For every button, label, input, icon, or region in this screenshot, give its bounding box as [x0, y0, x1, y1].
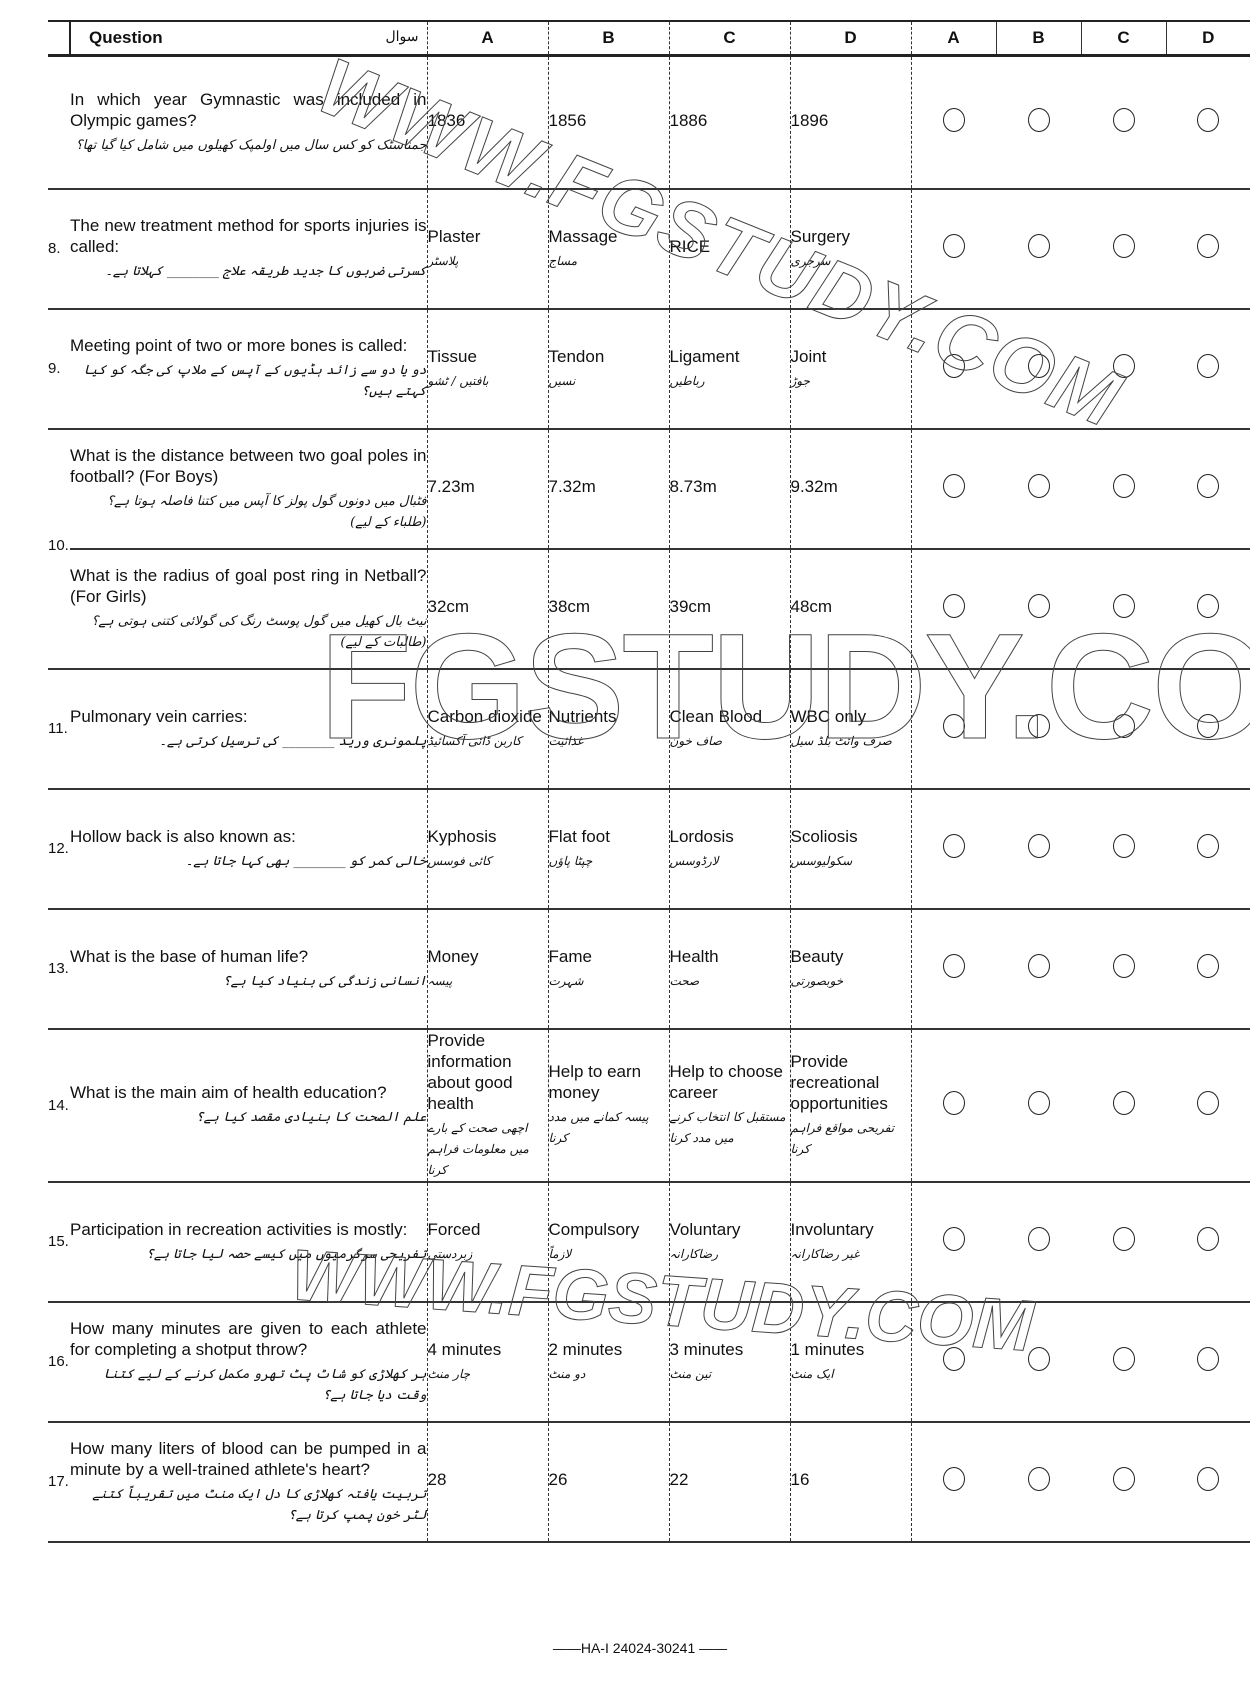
question-urdu: پلمونری ورید ________ کی ترسیل کرتی ہے۔ [70, 731, 427, 752]
header-question: Question سوال [70, 21, 427, 56]
option-text: Kyphosis [428, 827, 497, 846]
answer-bubble-a[interactable] [943, 714, 965, 738]
answer-bubble-d[interactable] [1197, 954, 1219, 978]
answer-bubble-c[interactable] [1113, 714, 1135, 738]
question-number: 9. [48, 309, 70, 429]
option-a: Tissueبافتیں / ٹشو [427, 309, 548, 429]
option-text: Forced [428, 1220, 481, 1239]
bubble-cell-b [996, 669, 1081, 789]
option-a: 7.23m [427, 429, 548, 549]
option-text: 1886 [670, 111, 708, 130]
option-d: Beautyخوبصورتی [790, 909, 911, 1029]
bubble-cell-a [911, 789, 996, 909]
bubble-cell-a [911, 1029, 996, 1182]
header-option-a: A [427, 21, 548, 56]
option-text: 3 minutes [670, 1340, 744, 1359]
header-bubble-c: C [1081, 21, 1166, 56]
bubble-cell-a [911, 1182, 996, 1302]
option-c: 8.73m [669, 429, 790, 549]
answer-bubble-d[interactable] [1197, 834, 1219, 858]
question-cell: What is the distance between two goal po… [70, 429, 427, 549]
option-d: Scoliosisسکولیوسس [790, 789, 911, 909]
option-urdu: شہرت [549, 971, 669, 992]
question-text: What is the distance between two goal po… [70, 445, 427, 487]
option-text: 26 [549, 1470, 568, 1489]
question-urdu: نیٹ بال کھیل میں گول پوسٹ رنگ کی گولائی … [70, 611, 427, 653]
answer-bubble-a[interactable] [943, 1347, 965, 1371]
bubble-cell-b [996, 56, 1081, 189]
question-number: 12. [48, 789, 70, 909]
option-urdu: چار منٹ [428, 1364, 548, 1385]
answer-bubble-b[interactable] [1028, 834, 1050, 858]
option-text: 38cm [549, 597, 591, 616]
option-text: 1856 [549, 111, 587, 130]
question-row: 8. The new treatment method for sports i… [48, 189, 1250, 309]
answer-bubble-b[interactable] [1028, 108, 1050, 132]
answer-bubble-d[interactable] [1197, 594, 1219, 618]
option-a: 4 minutesچار منٹ [427, 1302, 548, 1422]
answer-bubble-c[interactable] [1113, 594, 1135, 618]
answer-bubble-b[interactable] [1028, 954, 1050, 978]
bubble-cell-c [1081, 429, 1166, 549]
bubble-cell-b [996, 1182, 1081, 1302]
option-a: 1836 [427, 56, 548, 189]
answer-bubble-b[interactable] [1028, 1227, 1050, 1251]
paper-code: ——HA-I 24024-30241 —— [553, 1640, 727, 1656]
option-c: 3 minutesتین منٹ [669, 1302, 790, 1422]
question-number: 8. [48, 189, 70, 309]
option-text: 7.23m [428, 477, 475, 496]
header-question-urdu: سوال [385, 28, 418, 45]
answer-bubble-a[interactable] [943, 354, 965, 378]
option-text: Involuntary [791, 1220, 874, 1239]
option-text: 7.32m [549, 477, 596, 496]
option-text: Clean Blood [670, 707, 763, 726]
option-urdu: بافتیں / ٹشو [428, 371, 548, 392]
option-urdu: پیسہ [428, 971, 548, 992]
option-urdu: جوڑ [791, 371, 911, 392]
answer-bubble-c[interactable] [1113, 954, 1135, 978]
option-text: 16 [791, 1470, 810, 1489]
header-number-cell [48, 21, 70, 56]
question-number: 14. [48, 1029, 70, 1182]
header-bubble-d: D [1166, 21, 1250, 56]
option-text: 1836 [428, 111, 466, 130]
question-cell: How many liters of blood can be pumped i… [70, 1422, 427, 1542]
option-urdu: پیسہ کمانے میں مدد کرنا [549, 1107, 669, 1149]
answer-bubble-c[interactable] [1113, 234, 1135, 258]
option-b: Fameشہرت [548, 909, 669, 1029]
question-text: Participation in recreation activities i… [70, 1219, 427, 1240]
header-option-c: C [669, 21, 790, 56]
mcq-sheet: Question سوال A B C D A B C D In which y… [48, 20, 1250, 1543]
option-urdu: زبردستی [428, 1244, 548, 1265]
header-question-label: Question [89, 28, 163, 47]
answer-bubble-d[interactable] [1197, 714, 1219, 738]
option-urdu: خوبصورتی [791, 971, 911, 992]
question-text: Pulmonary vein carries: [70, 706, 427, 727]
option-text: RICE [670, 237, 711, 256]
mcq-table: Question سوال A B C D A B C D In which y… [48, 20, 1250, 1543]
answer-bubble-a[interactable] [943, 1227, 965, 1251]
option-urdu: مستقبل کا انتخاب کرنے میں مدد کرنا [670, 1107, 790, 1149]
option-text: Fame [549, 947, 592, 966]
option-text: 1 minutes [791, 1340, 865, 1359]
option-b: 7.32m [548, 429, 669, 549]
question-number: 16. [48, 1302, 70, 1422]
option-b: 26 [548, 1422, 669, 1542]
bubble-cell-c [1081, 1422, 1166, 1542]
question-row: 9. Meeting point of two or more bones is… [48, 309, 1250, 429]
option-urdu: تین منٹ [670, 1364, 790, 1385]
question-row: 12. Hollow back is also known as: خالی ک… [48, 789, 1250, 909]
option-urdu: کائی فوسس [428, 851, 548, 872]
question-cell: Pulmonary vein carries: پلمونری ورید ___… [70, 669, 427, 789]
option-text: Beauty [791, 947, 844, 966]
option-text: 8.73m [670, 477, 717, 496]
bubble-cell-d [1166, 789, 1250, 909]
question-row: 13. What is the base of human life? انسا… [48, 909, 1250, 1029]
option-urdu: اچھی صحت کے بارے میں معلومات فراہم کرنا [428, 1118, 548, 1181]
answer-bubble-d[interactable] [1197, 354, 1219, 378]
option-text: 28 [428, 1470, 447, 1489]
option-c: Ligamentرباطیں [669, 309, 790, 429]
bubble-cell-b [996, 189, 1081, 309]
question-text: How many liters of blood can be pumped i… [70, 1438, 427, 1480]
question-row: In which year Gymnastic was included in … [48, 56, 1250, 189]
bubble-cell-d [1166, 56, 1250, 189]
option-urdu: پلاسٹر [428, 251, 548, 272]
question-cell: What is the base of human life? انسانی ز… [70, 909, 427, 1029]
option-c: Healthصحت [669, 909, 790, 1029]
bubble-cell-c [1081, 669, 1166, 789]
option-urdu: رضاکارانہ [670, 1244, 790, 1265]
question-urdu: انسانی زندگی کی بنیاد کیا ہے؟ [70, 971, 427, 992]
option-d: Surgeryسرجری [790, 189, 911, 309]
option-c: Lordosisلارڈوسس [669, 789, 790, 909]
bubble-cell-a [911, 429, 996, 549]
question-urdu: علم الصحت کا بنیادی مقصد کیا ہے؟ [70, 1107, 427, 1128]
option-a: Moneyپیسہ [427, 909, 548, 1029]
option-c: Clean Bloodصاف خون [669, 669, 790, 789]
question-number: 15. [48, 1182, 70, 1302]
header-bubble-b: B [996, 21, 1081, 56]
question-text: Meeting point of two or more bones is ca… [70, 335, 427, 356]
answer-bubble-b[interactable] [1028, 1467, 1050, 1491]
option-text: 1896 [791, 111, 829, 130]
option-c: 22 [669, 1422, 790, 1542]
bubble-cell-b [996, 1422, 1081, 1542]
option-a: Kyphosisکائی فوسس [427, 789, 548, 909]
option-text: Surgery [791, 227, 851, 246]
answer-bubble-d[interactable] [1197, 1227, 1219, 1251]
answer-bubble-c[interactable] [1113, 1091, 1135, 1115]
option-text: Tendon [549, 347, 605, 366]
question-urdu: تفریحی سرگرمیوں میں کیسے حصہ لیا جاتا ہے… [70, 1244, 427, 1265]
question-cell: The new treatment method for sports inju… [70, 189, 427, 309]
answer-bubble-c[interactable] [1113, 354, 1135, 378]
bubble-cell-a [911, 669, 996, 789]
answer-bubble-a[interactable] [943, 108, 965, 132]
question-text: What is the radius of goal post ring in … [70, 565, 427, 607]
option-urdu: دو منٹ [549, 1364, 669, 1385]
answer-bubble-d[interactable] [1197, 1347, 1219, 1371]
option-urdu: لازماً [549, 1244, 669, 1265]
option-text: Plaster [428, 227, 481, 246]
option-urdu: کاربن ڈائی آکسائیڈ [428, 731, 548, 752]
answer-bubble-d[interactable] [1197, 1467, 1219, 1491]
question-cell: What is the radius of goal post ring in … [70, 549, 427, 669]
bubble-cell-b [996, 549, 1081, 669]
option-text: Provide recreational opportunities [791, 1052, 888, 1113]
option-text: Joint [791, 347, 827, 366]
bubble-cell-a [911, 909, 996, 1029]
answer-bubble-a[interactable] [943, 474, 965, 498]
bubble-cell-d [1166, 1182, 1250, 1302]
header-bubble-a: A [911, 21, 996, 56]
question-text: In which year Gymnastic was included in … [70, 89, 427, 131]
option-urdu: صاف خون [670, 731, 790, 752]
option-c: RICE [669, 189, 790, 309]
question-urdu: دو یا دو سے زائد ہڈیوں کے آپس کے ملاپ کی… [70, 360, 427, 402]
option-text: 32cm [428, 597, 470, 616]
question-text: What is the base of human life? [70, 946, 427, 967]
answer-bubble-b[interactable] [1028, 1347, 1050, 1371]
answer-bubble-b[interactable] [1028, 354, 1050, 378]
question-text: What is the main aim of health education… [70, 1082, 427, 1103]
option-urdu: غذائیت [549, 731, 669, 752]
option-c: 1886 [669, 56, 790, 189]
option-text: Lordosis [670, 827, 734, 846]
option-c: 39cm [669, 549, 790, 669]
option-urdu: سرجری [791, 251, 911, 272]
option-c: Voluntaryرضاکارانہ [669, 1182, 790, 1302]
question-number [48, 429, 70, 549]
option-text: 4 minutes [428, 1340, 502, 1359]
option-b: 1856 [548, 56, 669, 189]
option-b: 38cm [548, 549, 669, 669]
question-number: 13. [48, 909, 70, 1029]
option-d: 9.32m [790, 429, 911, 549]
option-text: Compulsory [549, 1220, 640, 1239]
question-cell: Meeting point of two or more bones is ca… [70, 309, 427, 429]
answer-bubble-b[interactable] [1028, 234, 1050, 258]
question-number: 17. [48, 1422, 70, 1542]
answer-bubble-d[interactable] [1197, 234, 1219, 258]
option-a: Provide information about good healthاچھ… [427, 1029, 548, 1182]
answer-bubble-c[interactable] [1113, 108, 1135, 132]
answer-bubble-c[interactable] [1113, 474, 1135, 498]
bubble-cell-c [1081, 549, 1166, 669]
bubble-cell-b [996, 309, 1081, 429]
option-d: 1896 [790, 56, 911, 189]
question-number [48, 56, 70, 189]
bubble-cell-c [1081, 1302, 1166, 1422]
bubble-cell-d [1166, 549, 1250, 669]
bubble-cell-c [1081, 909, 1166, 1029]
option-text: Carbon dioxide [428, 707, 542, 726]
answer-bubble-d[interactable] [1197, 1091, 1219, 1115]
option-c: Help to choose careerمستقبل کا انتخاب کر… [669, 1029, 790, 1182]
option-d: Involuntaryغیر رضاکارانہ [790, 1182, 911, 1302]
question-row: 10. What is the radius of goal post ring… [48, 549, 1250, 669]
paper-code-footer: ——HA-I 24024-30241 —— [0, 1640, 1250, 1656]
option-a: 28 [427, 1422, 548, 1542]
option-text: 22 [670, 1470, 689, 1489]
option-text: Voluntary [670, 1220, 741, 1239]
bubble-cell-d [1166, 1422, 1250, 1542]
answer-bubble-b[interactable] [1028, 714, 1050, 738]
question-row: 16. How many minutes are given to each a… [48, 1302, 1250, 1422]
bubble-cell-a [911, 1422, 996, 1542]
answer-bubble-a[interactable] [943, 1091, 965, 1115]
question-number: 11. [48, 669, 70, 789]
option-urdu: رباطیں [670, 371, 790, 392]
bubble-cell-c [1081, 56, 1166, 189]
answer-bubble-a[interactable] [943, 594, 965, 618]
answer-bubble-b[interactable] [1028, 474, 1050, 498]
answer-bubble-b[interactable] [1028, 594, 1050, 618]
bubble-cell-d [1166, 309, 1250, 429]
bubble-cell-a [911, 189, 996, 309]
answer-bubble-c[interactable] [1113, 1347, 1135, 1371]
option-b: 2 minutesدو منٹ [548, 1302, 669, 1422]
answer-bubble-a[interactable] [943, 954, 965, 978]
bubble-cell-c [1081, 1182, 1166, 1302]
option-text: Help to choose career [670, 1062, 783, 1102]
question-urdu: جمناسٹک کو کس سال میں اولمپک کھیلوں میں … [70, 135, 427, 156]
question-urdu: فٹبال میں دونوں گول پولز کا آپس میں کتنا… [70, 491, 427, 533]
option-urdu: صحت [670, 971, 790, 992]
option-d: Jointجوڑ [790, 309, 911, 429]
question-row: 17. How many liters of blood can be pump… [48, 1422, 1250, 1542]
question-urdu: ہر کھلاڑی کو شاٹ پٹ تھرو مکمل کرنے کے لی… [70, 1364, 427, 1406]
option-b: Compulsoryلازماً [548, 1182, 669, 1302]
bubble-cell-a [911, 549, 996, 669]
bubble-cell-d [1166, 189, 1250, 309]
option-d: WBC onlyصرف وائٹ بلڈ سیل [790, 669, 911, 789]
option-b: Tendonنسیں [548, 309, 669, 429]
question-cell: Participation in recreation activities i… [70, 1182, 427, 1302]
option-urdu: نسیں [549, 371, 669, 392]
header-option-b: B [548, 21, 669, 56]
answer-bubble-a[interactable] [943, 834, 965, 858]
bubble-cell-a [911, 56, 996, 189]
answer-bubble-c[interactable] [1113, 1227, 1135, 1251]
question-cell: What is the main aim of health education… [70, 1029, 427, 1182]
option-b: Massageمساج [548, 189, 669, 309]
question-text: The new treatment method for sports inju… [70, 215, 427, 257]
question-row: What is the distance between two goal po… [48, 429, 1250, 549]
option-text: 9.32m [791, 477, 838, 496]
option-a: Carbon dioxideکاربن ڈائی آکسائیڈ [427, 669, 548, 789]
option-text: Flat foot [549, 827, 610, 846]
question-row: 11. Pulmonary vein carries: پلمونری ورید… [48, 669, 1250, 789]
bubble-cell-b [996, 1302, 1081, 1422]
answer-bubble-d[interactable] [1197, 108, 1219, 132]
option-b: Nutrientsغذائیت [548, 669, 669, 789]
bubble-cell-d [1166, 909, 1250, 1029]
option-text: Money [428, 947, 479, 966]
question-text: How many minutes are given to each athle… [70, 1318, 427, 1360]
question-text: Hollow back is also known as: [70, 826, 427, 847]
option-text: Massage [549, 227, 618, 246]
option-urdu: سکولیوسس [791, 851, 911, 872]
answer-bubble-a[interactable] [943, 234, 965, 258]
option-text: Nutrients [549, 707, 617, 726]
bubble-cell-b [996, 1029, 1081, 1182]
option-d: 16 [790, 1422, 911, 1542]
option-urdu: غیر رضاکارانہ [791, 1244, 911, 1265]
question-urdu: تربیت یافتہ کھلاڑی کا دل ایک منٹ میں تقر… [70, 1484, 427, 1526]
option-text: 2 minutes [549, 1340, 623, 1359]
option-urdu: مساج [549, 251, 669, 272]
option-d: 48cm [790, 549, 911, 669]
option-text: 48cm [791, 597, 833, 616]
answer-bubble-d[interactable] [1197, 474, 1219, 498]
option-text: Tissue [428, 347, 477, 366]
option-d: Provide recreational opportunitiesتفریحی… [790, 1029, 911, 1182]
option-text: WBC only [791, 707, 867, 726]
header-option-d: D [790, 21, 911, 56]
question-cell: In which year Gymnastic was included in … [70, 56, 427, 189]
bubble-cell-c [1081, 1029, 1166, 1182]
answer-bubble-c[interactable] [1113, 834, 1135, 858]
option-a: Forcedزبردستی [427, 1182, 548, 1302]
question-row: 15. Participation in recreation activiti… [48, 1182, 1250, 1302]
option-text: Provide information about good health [428, 1031, 513, 1113]
question-cell: Hollow back is also known as: خالی کمر ک… [70, 789, 427, 909]
bubble-cell-b [996, 789, 1081, 909]
option-a: 32cm [427, 549, 548, 669]
table-header: Question سوال A B C D A B C D [48, 21, 1250, 56]
option-urdu: تفریحی مواقع فراہم کرنا [791, 1118, 911, 1160]
option-urdu: صرف وائٹ بلڈ سیل [791, 731, 911, 752]
bubble-cell-d [1166, 429, 1250, 549]
question-row: 14. What is the main aim of health educa… [48, 1029, 1250, 1182]
bubble-cell-c [1081, 309, 1166, 429]
bubble-cell-b [996, 429, 1081, 549]
question-urdu: کسرتی ضربوں کا جدید طریقہ علاج ________ … [70, 261, 427, 282]
option-urdu: لارڈوسس [670, 851, 790, 872]
option-b: Flat footچپٹا پاؤں [548, 789, 669, 909]
option-text: Ligament [670, 347, 740, 366]
answer-bubble-a[interactable] [943, 1467, 965, 1491]
question-cell: How many minutes are given to each athle… [70, 1302, 427, 1422]
bubble-cell-a [911, 1302, 996, 1422]
option-text: 39cm [670, 597, 712, 616]
bubble-cell-d [1166, 669, 1250, 789]
option-a: Plasterپلاسٹر [427, 189, 548, 309]
answer-bubble-b[interactable] [1028, 1091, 1050, 1115]
option-text: Health [670, 947, 719, 966]
option-d: 1 minutesایک منٹ [790, 1302, 911, 1422]
bubble-cell-c [1081, 789, 1166, 909]
option-urdu: چپٹا پاؤں [549, 851, 669, 872]
bubble-cell-b [996, 909, 1081, 1029]
option-text: Help to earn money [549, 1062, 642, 1102]
bubble-cell-d [1166, 1302, 1250, 1422]
bubble-cell-a [911, 309, 996, 429]
option-urdu: ایک منٹ [791, 1364, 911, 1385]
answer-bubble-c[interactable] [1113, 1467, 1135, 1491]
bubble-cell-d [1166, 1029, 1250, 1182]
option-text: Scoliosis [791, 827, 858, 846]
question-number: 10. [48, 537, 70, 657]
option-b: Help to earn moneyپیسہ کمانے میں مدد کرن… [548, 1029, 669, 1182]
bubble-cell-c [1081, 189, 1166, 309]
question-urdu: خالی کمر کو ________ بھی کہا جاتا ہے۔ [70, 851, 427, 872]
